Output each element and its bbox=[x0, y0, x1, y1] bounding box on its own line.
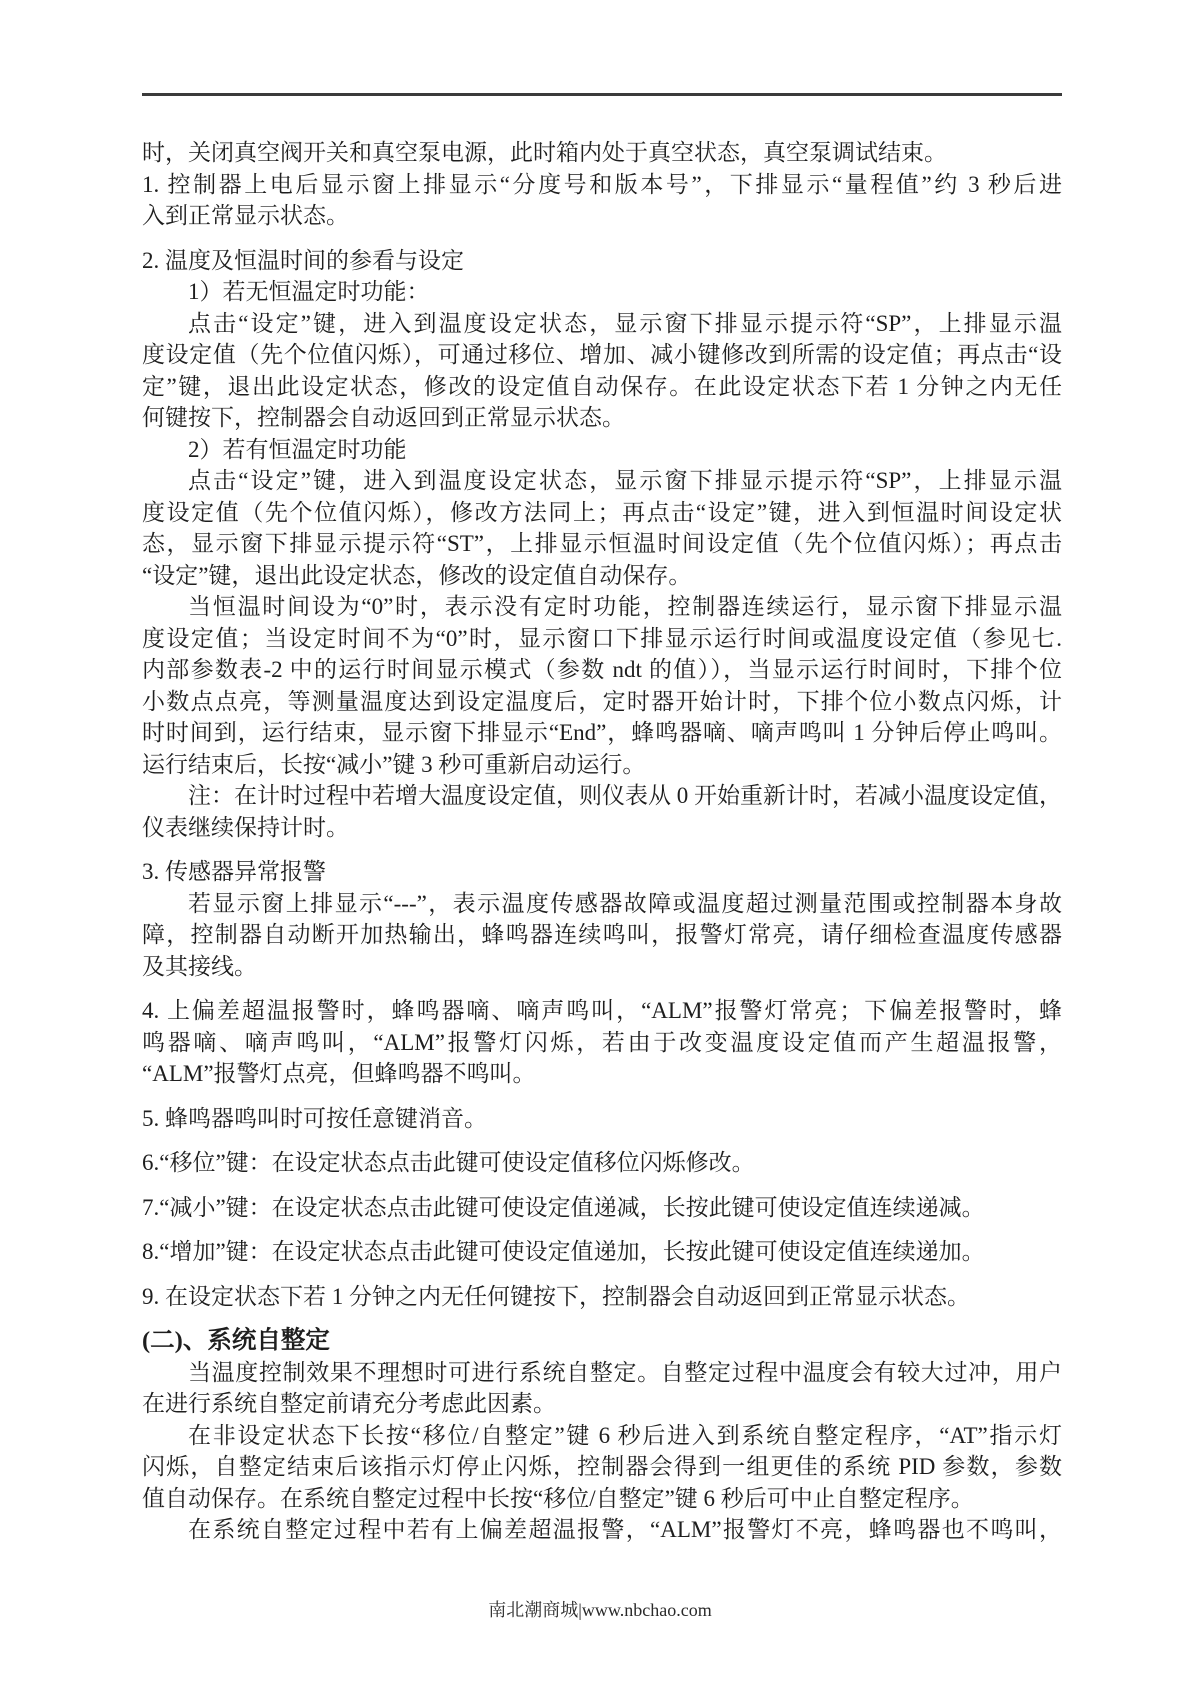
text-line: 闪烁，自整定结束后该指示灯停止闪烁，控制器会得到一组更佳的系统 PID 参数，参… bbox=[142, 1451, 1062, 1483]
text-line: “ALM”报警灯点亮，但蜂鸣器不鸣叫。 bbox=[142, 1058, 1062, 1090]
text-line: 在非设定状态下长按“移位/自整定”键 6 秒后进入到系统自整定程序，“AT”指示… bbox=[142, 1420, 1062, 1452]
text-line: 在进行系统自整定前请充分考虑此因素。 bbox=[142, 1388, 1062, 1420]
text-line: 度设定值（先个位值闪烁），可通过移位、增加、减小键修改到所需的设定值；再点击“设 bbox=[142, 339, 1062, 371]
text-line: 在系统自整定过程中若有上偏差超温报警，“ALM”报警灯不亮，蜂鸣器也不鸣叫， bbox=[142, 1514, 1062, 1546]
item-3-sensor-alarm: 3. 传感器异常报警若显示窗上排显示“---”，表示温度传感器故障或温度超过测量… bbox=[142, 856, 1062, 982]
section-2-heading: (二)、系统自整定 bbox=[142, 1325, 1062, 1357]
item-8-increase-key: 8.“增加”键：在设定状态点击此键可使设定值递加，长按此键可使设定值连续递加。 bbox=[142, 1236, 1062, 1268]
item-5-buzzer-mute: 5. 蜂鸣器鸣叫时可按任意键消音。 bbox=[142, 1103, 1062, 1135]
text-line: 态，显示窗下排显示提示符“ST”，上排显示恒温时间设定值（先个位值闪烁）；再点击 bbox=[142, 528, 1062, 560]
item-4-deviation-alarm: 4. 上偏差超温报警时，蜂鸣器嘀、嘀声鸣叫，“ALM”报警灯常亮；下偏差报警时，… bbox=[142, 995, 1062, 1090]
text-line: 4. 上偏差超温报警时，蜂鸣器嘀、嘀声鸣叫，“ALM”报警灯常亮；下偏差报警时，… bbox=[142, 995, 1062, 1027]
text-line: 注：在计时过程中若增大温度设定值，则仪表从 0 开始重新计时，若减小温度设定值， bbox=[142, 780, 1062, 812]
item-6-shift-key: 6.“移位”键：在设定状态点击此键可使设定值移位闪烁修改。 bbox=[142, 1147, 1062, 1179]
item-9-timeout-return: 9. 在设定状态下若 1 分钟之内无任何键按下，控制器会自动返回到正常显示状态。 bbox=[142, 1281, 1062, 1313]
text-line: 8.“增加”键：在设定状态点击此键可使设定值递加，长按此键可使设定值连续递加。 bbox=[142, 1236, 1062, 1268]
horizontal-rule bbox=[142, 93, 1062, 96]
text-line: 2）若有恒温定时功能 bbox=[142, 434, 1062, 466]
footer-text: 南北潮商城|www.nbchao.com bbox=[0, 1599, 1200, 1621]
item-2-temperature-setting: 2. 温度及恒温时间的参看与设定1）若无恒温定时功能：点击“设定”键，进入到温度… bbox=[142, 245, 1062, 844]
text-line: 度设定值；当设定时间不为“0”时，显示窗口下排显示运行时间或温度设定值（参见七. bbox=[142, 623, 1062, 655]
text-line: 度设定值（先个位值闪烁），修改方法同上；再点击“设定”键，进入到恒温时间设定状 bbox=[142, 497, 1062, 529]
text-line: 6.“移位”键：在设定状态点击此键可使设定值移位闪烁修改。 bbox=[142, 1147, 1062, 1179]
text-line: 时，关闭真空阀开关和真空泵电源，此时箱内处于真空状态，真空泵调试结束。 bbox=[142, 137, 1062, 169]
text-line: 值自动保存。在系统自整定过程中长按“移位/自整定”键 6 秒后可中止自整定程序。 bbox=[142, 1483, 1062, 1515]
intro-paragraph: 时，关闭真空阀开关和真空泵电源，此时箱内处于真空状态，真空泵调试结束。1. 控制… bbox=[142, 137, 1062, 232]
text-line: 当温度控制效果不理想时可进行系统自整定。自整定过程中温度会有较大过冲，用户 bbox=[142, 1357, 1062, 1389]
text-line: “设定”键，退出此设定状态，修改的设定值自动保存。 bbox=[142, 560, 1062, 592]
document-body: 时，关闭真空阀开关和真空泵电源，此时箱内处于真空状态，真空泵调试结束。1. 控制… bbox=[142, 137, 1062, 1546]
text-line: 5. 蜂鸣器鸣叫时可按任意键消音。 bbox=[142, 1103, 1062, 1135]
text-line: 定”键，退出此设定状态，修改的设定值自动保存。在此设定状态下若 1 分钟之内无任 bbox=[142, 371, 1062, 403]
self-tuning-paragraph: 当温度控制效果不理想时可进行系统自整定。自整定过程中温度会有较大过冲，用户在进行… bbox=[142, 1357, 1062, 1546]
text-line: 当恒温时间设为“0”时，表示没有定时功能，控制器连续运行，显示窗下排显示温 bbox=[142, 591, 1062, 623]
text-line: 何键按下，控制器会自动返回到正常显示状态。 bbox=[142, 402, 1062, 434]
scanned-manual-page: 时，关闭真空阀开关和真空泵电源，此时箱内处于真空状态，真空泵调试结束。1. 控制… bbox=[0, 0, 1200, 1697]
text-line: 9. 在设定状态下若 1 分钟之内无任何键按下，控制器会自动返回到正常显示状态。 bbox=[142, 1281, 1062, 1313]
text-line: 时时间到，运行结束，显示窗下排显示“End”，蜂鸣器嘀、嘀声鸣叫 1 分钟后停止… bbox=[142, 717, 1062, 749]
text-line: 1）若无恒温定时功能： bbox=[142, 276, 1062, 308]
text-line: 入到正常显示状态。 bbox=[142, 200, 1062, 232]
text-line: 仪表继续保持计时。 bbox=[142, 812, 1062, 844]
text-line: 点击“设定”键，进入到温度设定状态，显示窗下排显示提示符“SP”，上排显示温 bbox=[142, 308, 1062, 340]
text-line: 运行结束后，长按“减小”键 3 秒可重新启动运行。 bbox=[142, 749, 1062, 781]
item-7-decrease-key: 7.“减小”键：在设定状态点击此键可使设定值递减，长按此键可使设定值连续递减。 bbox=[142, 1192, 1062, 1224]
text-line: 内部参数表-2 中的运行时间显示模式（参数 ndt 的值）），当显示运行时间时，… bbox=[142, 654, 1062, 686]
text-line: 2. 温度及恒温时间的参看与设定 bbox=[142, 245, 1062, 277]
text-line: 点击“设定”键，进入到温度设定状态，显示窗下排显示提示符“SP”，上排显示温 bbox=[142, 465, 1062, 497]
text-line: 鸣器嘀、嘀声鸣叫，“ALM”报警灯闪烁，若由于改变温度设定值而产生超温报警， bbox=[142, 1027, 1062, 1059]
text-line: 及其接线。 bbox=[142, 951, 1062, 983]
text-line: 3. 传感器异常报警 bbox=[142, 856, 1062, 888]
text-line: 若显示窗上排显示“---”，表示温度传感器故障或温度超过测量范围或控制器本身故 bbox=[142, 888, 1062, 920]
text-line: 小数点点亮，等测量温度达到设定温度后，定时器开始计时，下排个位小数点闪烁，计 bbox=[142, 686, 1062, 718]
text-line: 7.“减小”键：在设定状态点击此键可使设定值递减，长按此键可使设定值连续递减。 bbox=[142, 1192, 1062, 1224]
text-line: (二)、系统自整定 bbox=[142, 1325, 1062, 1357]
text-line: 障，控制器自动断开加热输出，蜂鸣器连续鸣叫，报警灯常亮，请仔细检查温度传感器 bbox=[142, 919, 1062, 951]
text-line: 1. 控制器上电后显示窗上排显示“分度号和版本号”，下排显示“量程值”约 3 秒… bbox=[142, 169, 1062, 201]
